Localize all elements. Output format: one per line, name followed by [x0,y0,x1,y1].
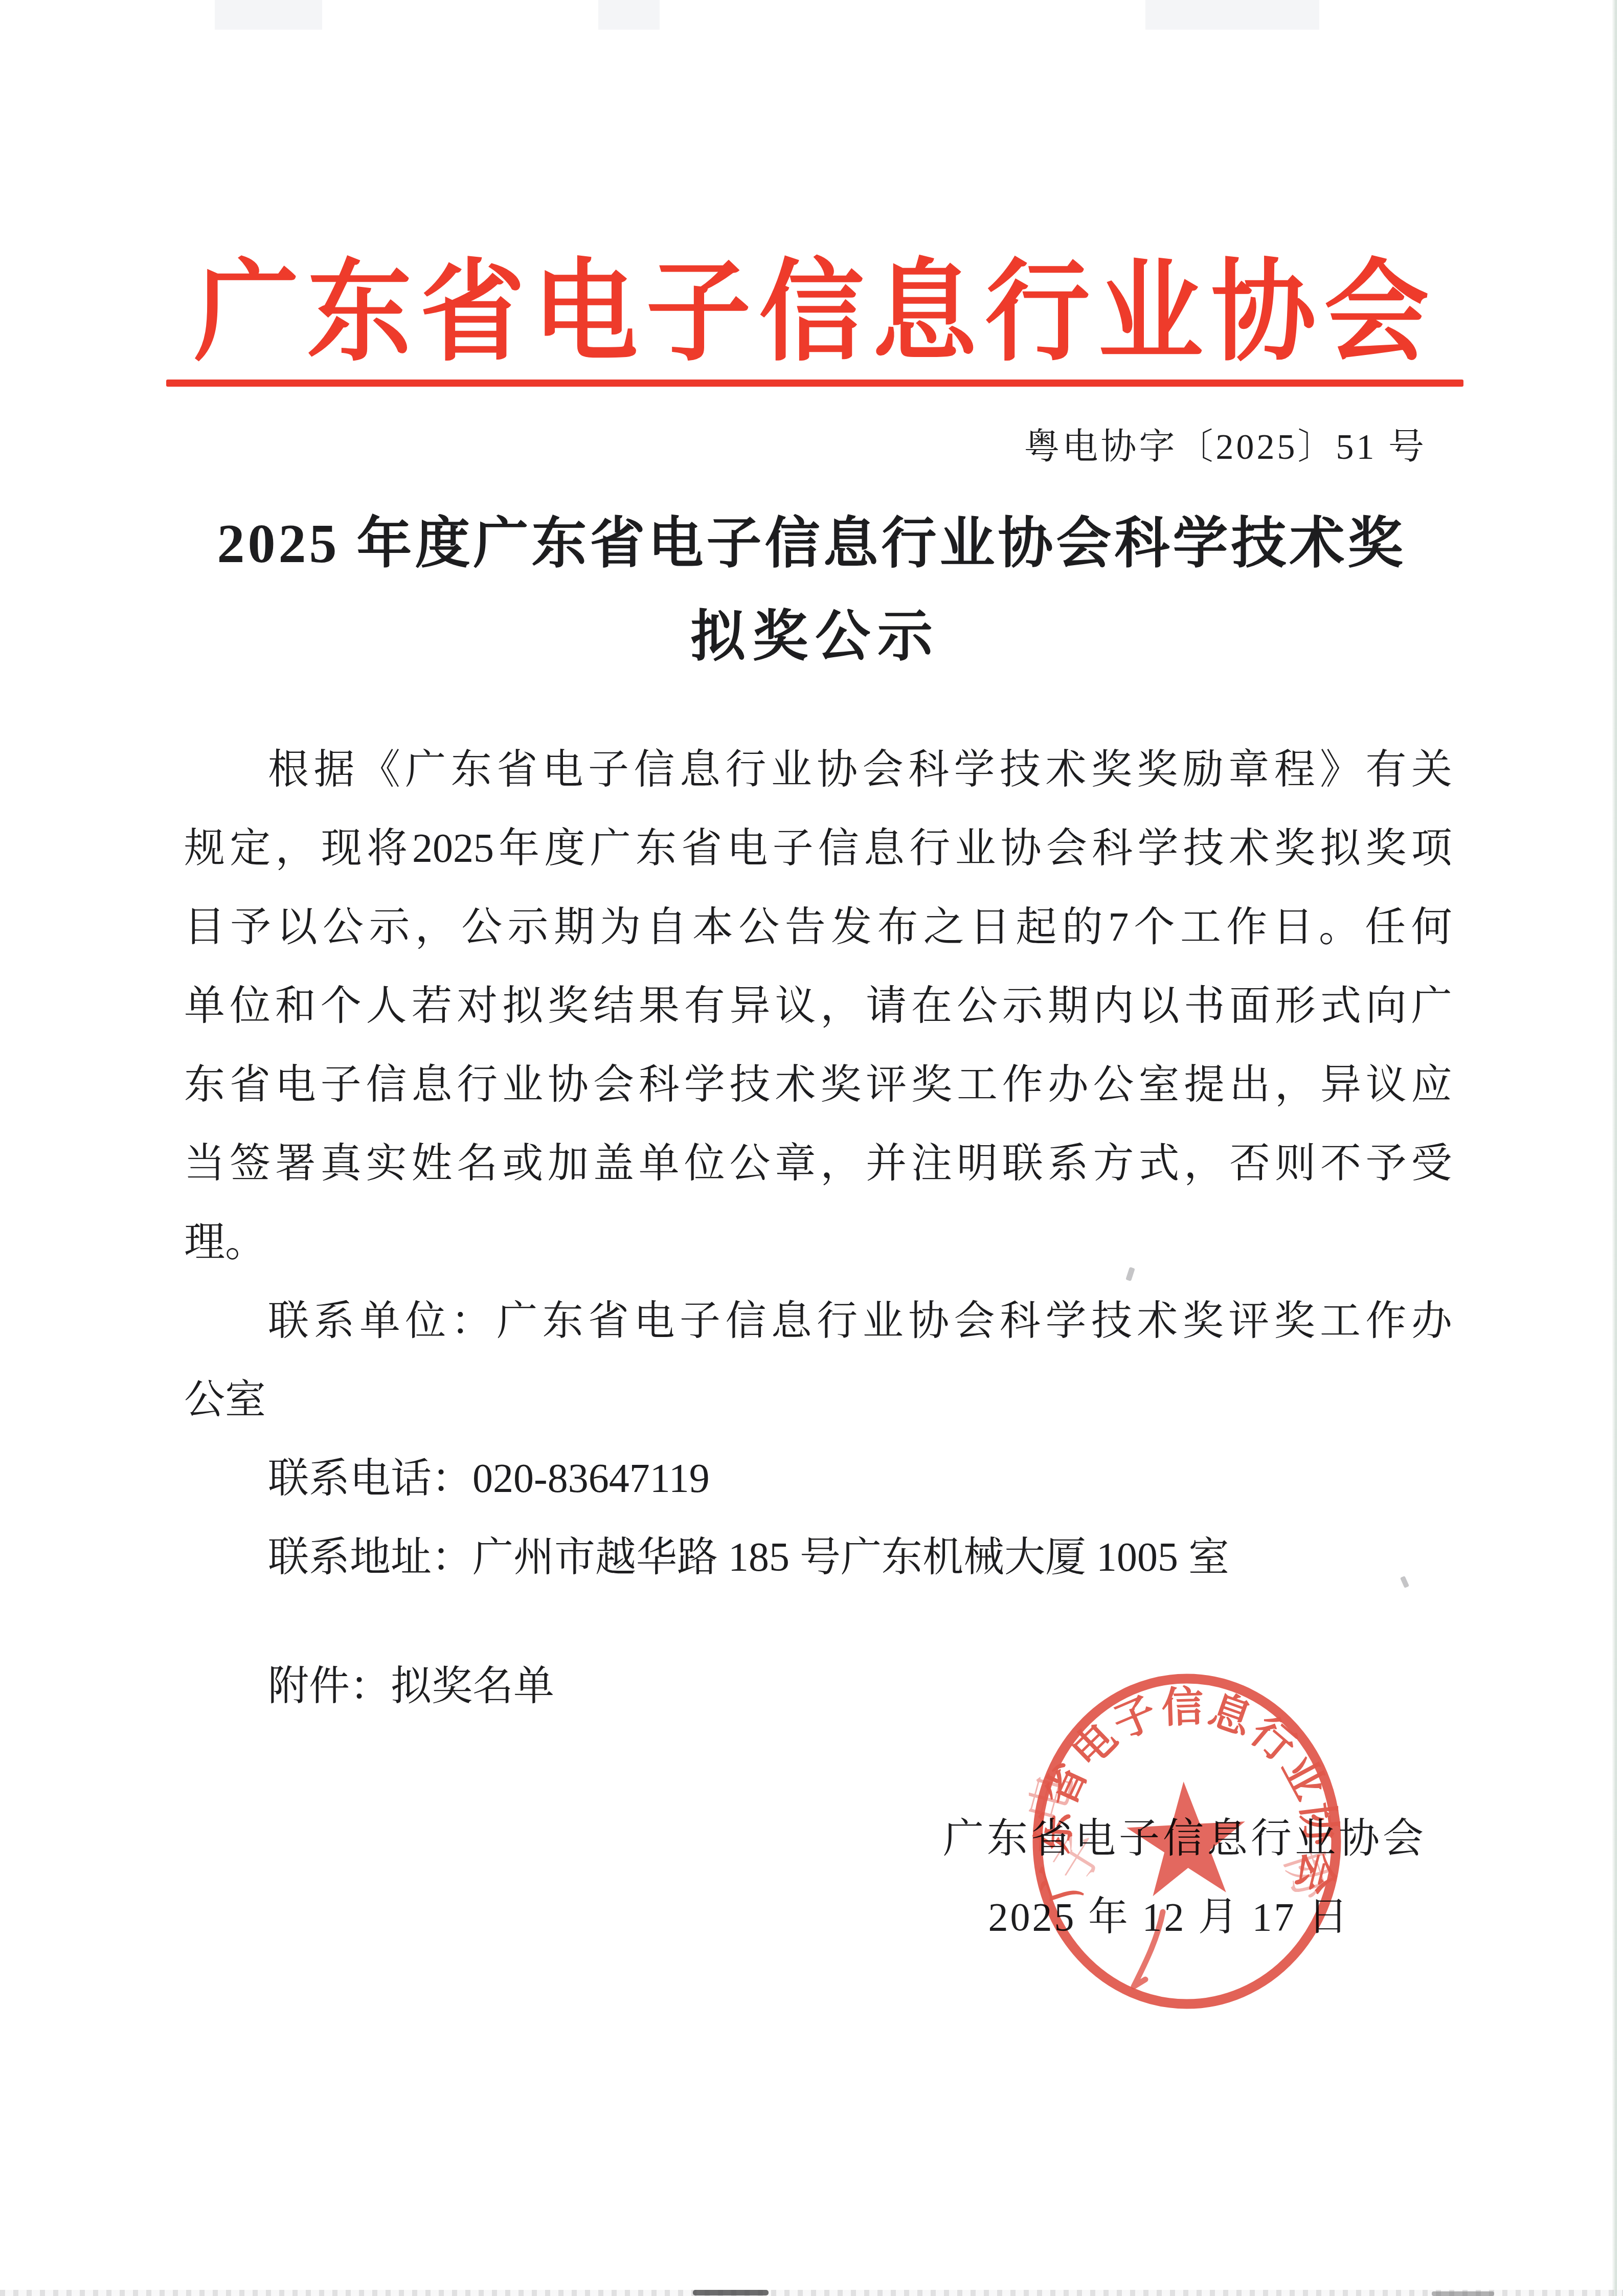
body-line: 理。 [184,1203,1452,1282]
scan-artifact-dark-segment [693,2290,769,2295]
official-seal-stamp-icon: 广东省电子信息行业协会 电 子 协 [1029,1673,1346,2010]
body-line: 联系单位：广东省电子信息行业协会科学技术奖评奖工作办 [184,1282,1452,1361]
attachment-note: 附件：拟奖名单 [184,1647,554,1726]
seal-star-icon [1124,1778,1249,1898]
document-title-line1: 2025 年度广东省电子信息行业协会科学技术奖 [0,516,1623,573]
scan-edge-bottom [0,2290,1623,2296]
scan-noise-blob [215,0,322,30]
body-line: 东省电子信息行业协会科学技术奖评奖工作办公室提出，异议应 [184,1045,1452,1124]
seal-ink-stroke [1134,1912,1163,1987]
official-document-page: 广东省电子信息行业协会 粤电协字〔2025〕51 号 2025 年度广东省电子信… [0,0,1623,2296]
letterhead-title: 广东省电子信息行业协会 [0,223,1623,382]
letterhead-divider-rule [166,380,1463,387]
body-line: 当签署真实姓名或加盖单位公章，并注明联系方式，否则不予受 [184,1124,1452,1203]
document-title-line2: 拟奖公示 [0,609,1623,666]
body-line: 单位和个人若对拟奖结果有异议，请在公示期内以书面形式向广 [184,967,1452,1045]
body-line: 根据《广东省电子信息行业协会科学技术奖奖励章程》有关 [184,730,1452,809]
body-line: 目予以公示，公示期为自本公告发布之日起的7个工作日。任何 [184,888,1452,967]
body-paragraphs: 根据《广东省电子信息行业协会科学技术奖奖励章程》有关规定，现将2025年度广东省… [184,730,1452,1597]
body-line: 联系地址：广州市越华路 185 号广东机械大厦 1005 室 [184,1518,1452,1597]
body-line: 规定，现将2025年度广东省电子信息行业协会科学技术奖拟奖项 [184,809,1452,888]
document-number: 粤电协字〔2025〕51 号 [1024,425,1427,471]
scan-noise-blob [1145,0,1319,30]
scan-edge-right [1612,0,1617,2296]
scan-artifact-dark-segment [1432,2291,1494,2296]
scan-noise-blob [598,0,660,30]
body-line: 公室 [184,1361,1452,1439]
body-line: 联系电话：020-83647119 [184,1439,1452,1518]
